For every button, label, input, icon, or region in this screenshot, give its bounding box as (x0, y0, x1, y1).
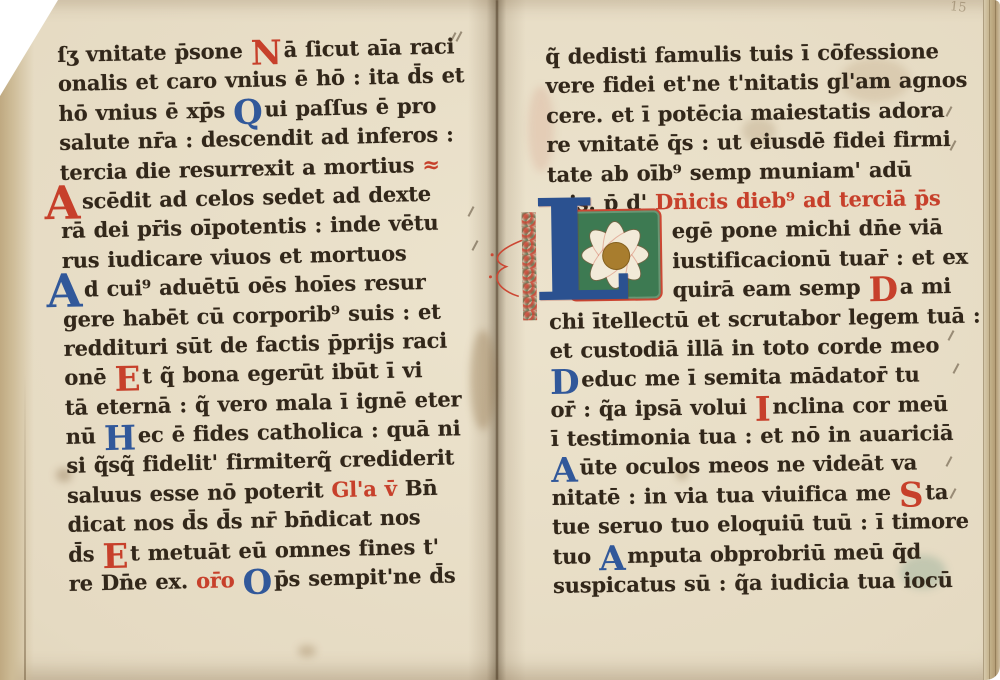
text-segment: re Dn̄e ex. (69, 568, 197, 596)
illuminated-initial-L: L (535, 206, 667, 328)
text-segment: q̃ dedisti famulis tuis ī cōfessione (545, 38, 939, 69)
text-segment: ſʒ vnitate p̄sone (57, 38, 251, 67)
text-segment: Bn̄ (405, 475, 438, 501)
text-segment: cere. et ī potēcia maiestatis adora (546, 97, 945, 128)
text-segment: ui paſſus ē pro (264, 93, 436, 122)
text-segment: ā ſicut aīa raci (283, 33, 454, 62)
text-segment: tuo (552, 543, 599, 569)
text-segment: iustificacionū tuar̄ : et ex (672, 243, 968, 272)
left-page-text: ſʒ vnitate p̄sone Nā ſicut aīa racionali… (57, 31, 501, 599)
text-segment: vere fidei et'ne t'nitatis gl'am agnos (545, 67, 967, 98)
text-segment: nclina cor meū (772, 391, 948, 419)
text-segment: t q̃ bona egerūt ibūt ī vi (142, 357, 423, 388)
text-segment: d̄s (68, 541, 103, 567)
text-segment: ec ē fides catholica : quā ni (138, 415, 461, 447)
text-segment: et custodiā illā in toto corde meo (549, 332, 939, 363)
text-segment: suspicatus sū : q̃a iudicia tua iocū (553, 567, 953, 598)
drop-cap-letter: L (531, 181, 631, 322)
page-edge-left (0, 0, 34, 680)
manuscript-photo: ſʒ vnitate p̄sone Nā ſicut aīa racionali… (0, 0, 1000, 680)
text-segment: nū (65, 423, 104, 449)
text-segment: dicat nos d̄s d̄s nr̄ bn̄dicat nos (67, 504, 420, 537)
text-segment: Dn̄icis dieb⁹ ad terciā p̄s (655, 185, 941, 214)
book-spread: ſʒ vnitate p̄sone Nā ſicut aīa racionali… (0, 0, 1000, 680)
page-edge-right (983, 0, 1000, 680)
text-segment: quirā eam semp (673, 274, 869, 302)
text-segment: ūte oculos meos ne videāt va (579, 450, 917, 480)
text-segment: ta (925, 479, 948, 504)
text-segment: educ me ī semita mādator̄ tu (581, 362, 920, 392)
text-segment: or̄o (196, 567, 243, 593)
text-segment: onē (64, 364, 115, 390)
text-segment: re vnitatē q̄s : ut eiusdē fidei firmi (546, 126, 950, 157)
folio-number: 15 (949, 0, 967, 16)
text-segment: or̄ : q̃a ipsā volui (550, 394, 755, 422)
text-segment: t metuāt eū omnes fines t' (130, 533, 439, 565)
decorated-initial: O (242, 562, 272, 603)
text-segment: mputa obprobriū meū q̄d (627, 538, 921, 567)
text-segment: Gl'a v̄ (331, 475, 405, 502)
text-segment: a mi (900, 273, 952, 299)
text-segment: ī testimonia tua : et nō in auariciā (551, 420, 954, 451)
text-line: suspicatus sū : q̃a iudicia tua iocū (553, 565, 985, 601)
right-page-text: L q̃ dedisti famulis tuis ī cōfessioneve… (545, 36, 985, 601)
text-segment: saluus esse nō poterit (67, 477, 332, 508)
text-segment: nitatē : in via tua viuifica me (552, 480, 900, 510)
text-segment: p̄s sempit'ne d̄s (274, 562, 456, 591)
parchment-stain (298, 645, 316, 657)
text-segment: ≈ (422, 151, 440, 176)
pen-flourish-icon (484, 236, 529, 303)
text-segment: d cui⁹ aduētū oēs hoīes resur (84, 269, 426, 301)
text-segment: egē pone michi dn̄e viā (672, 214, 943, 243)
text-segment: hō vnius ē xp̄s (58, 97, 233, 126)
text-segment: tue seruo tuo eloquiū tuū : ī timore (552, 508, 969, 539)
